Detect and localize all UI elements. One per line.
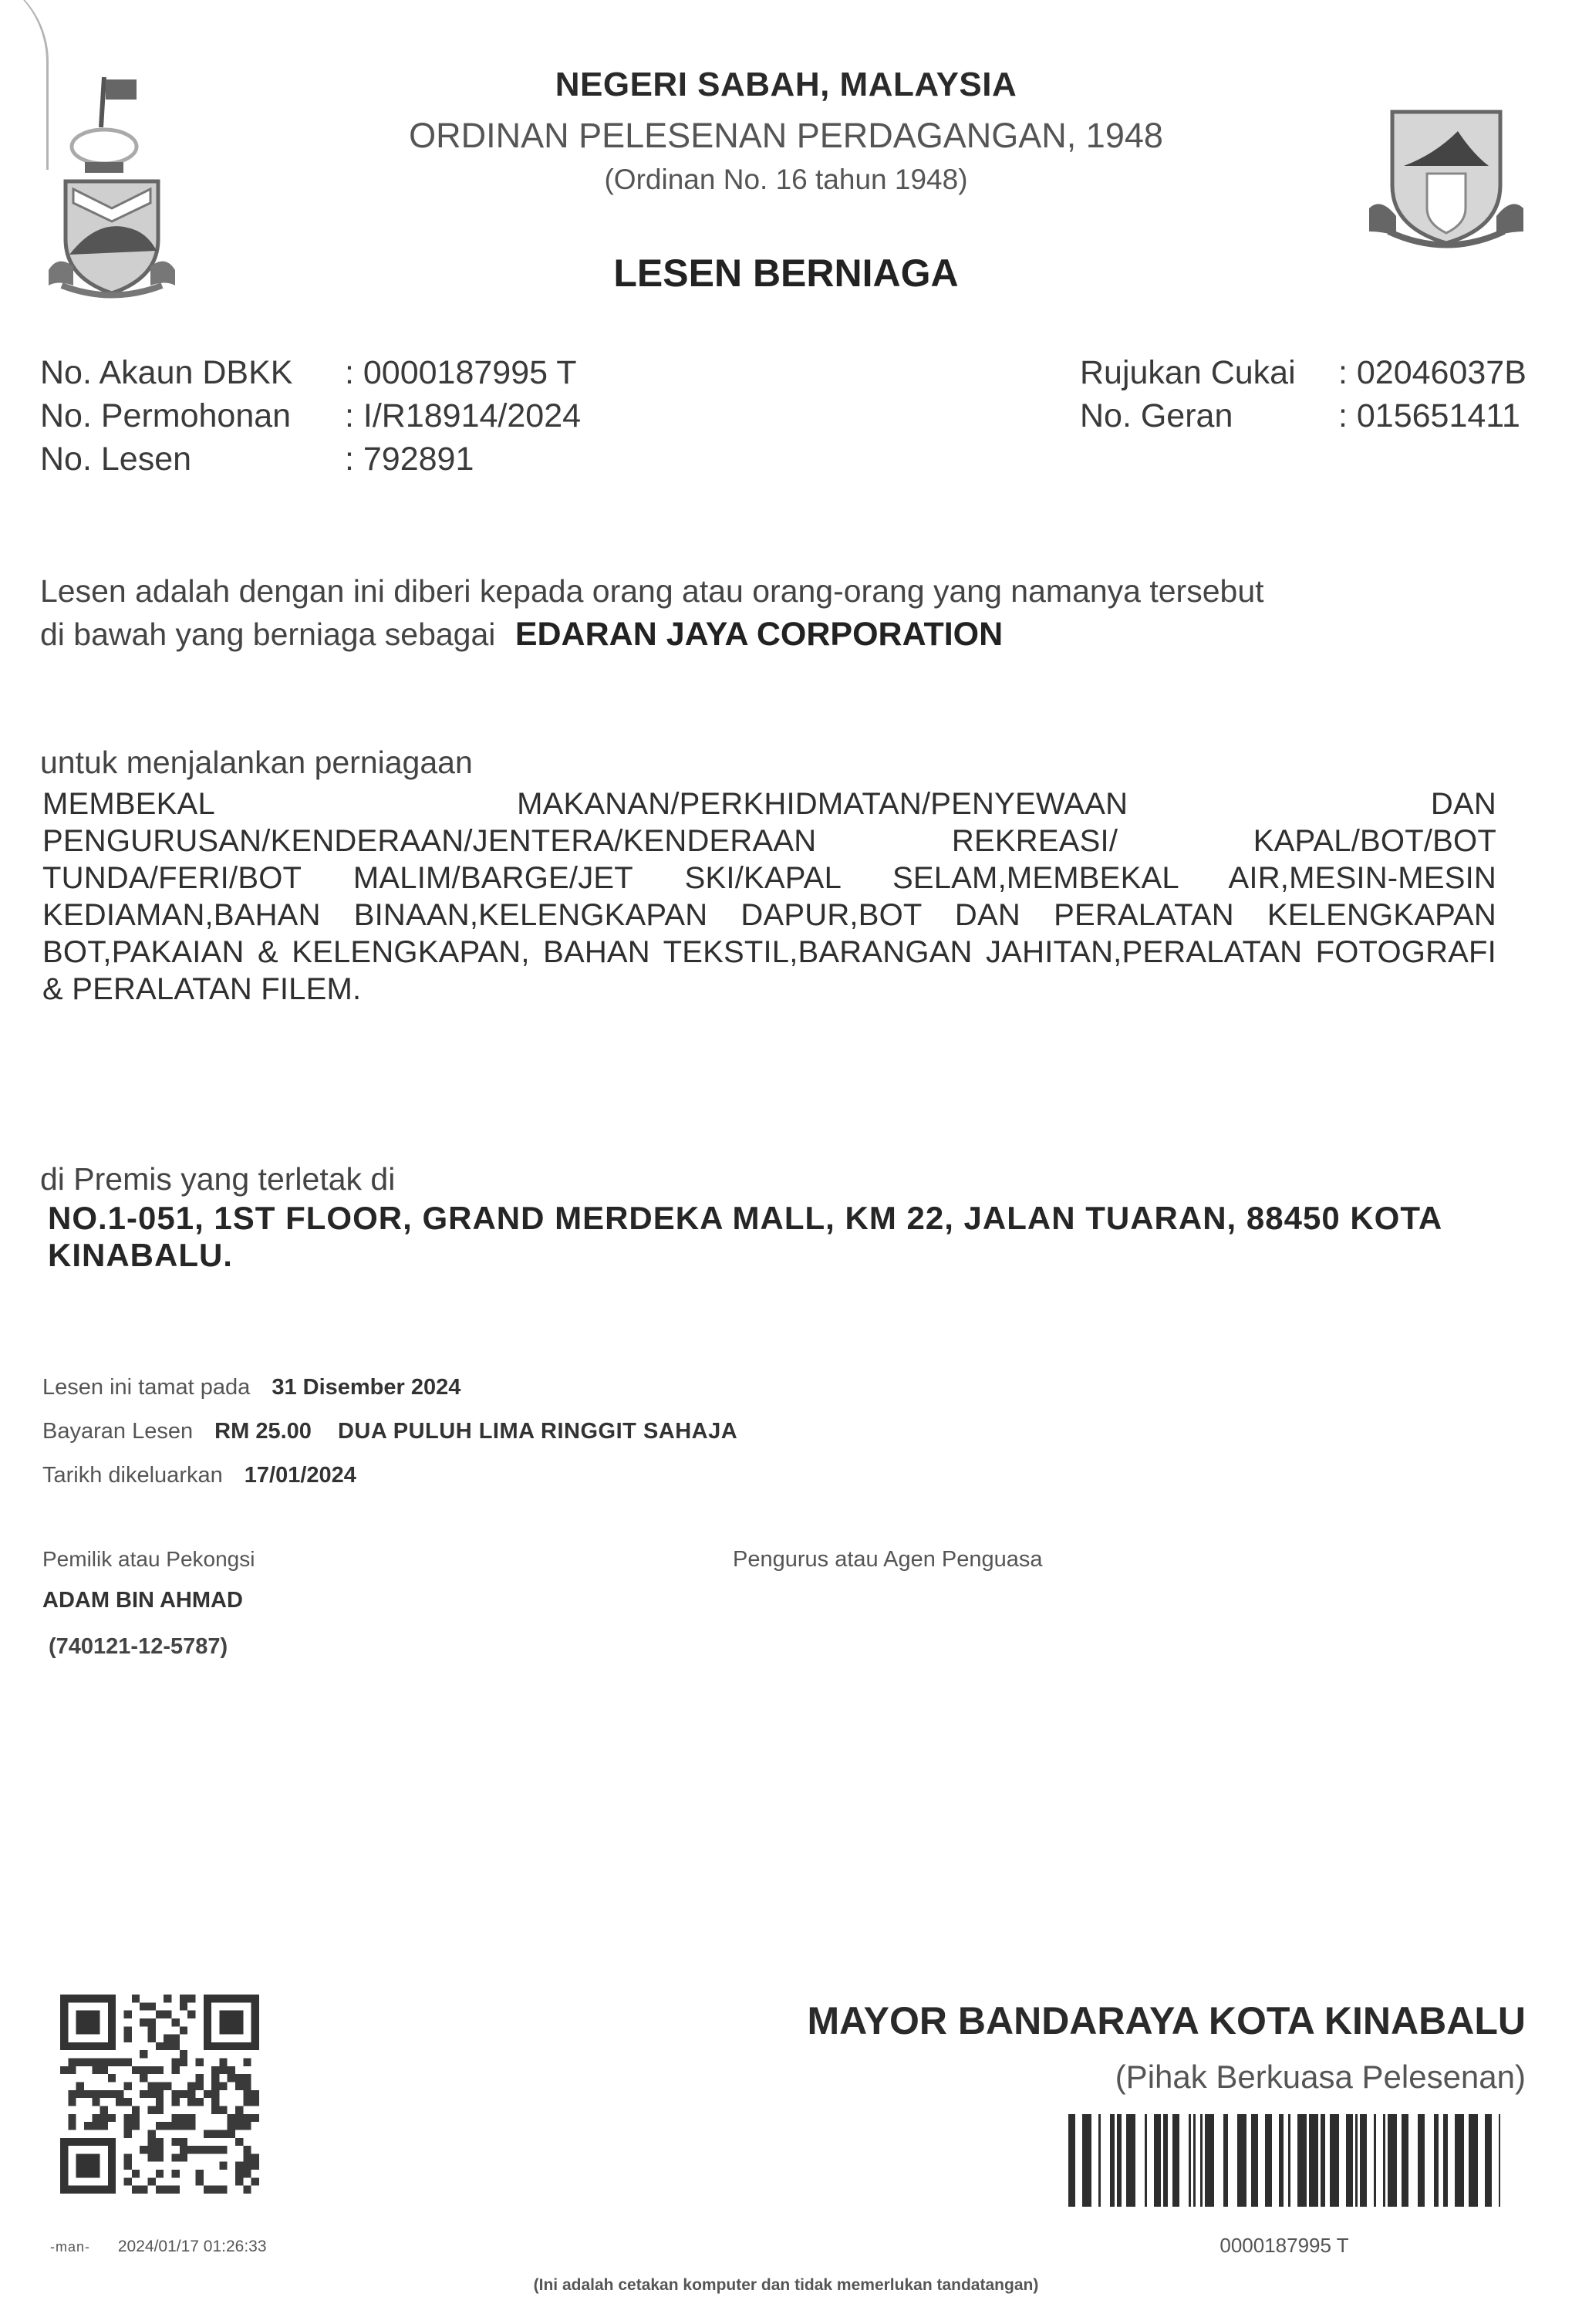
field-label: No. Geran (1080, 394, 1338, 437)
owner-ic-number: (740121-12-5787) (49, 1634, 228, 1660)
business-activities: MEMBEKAL MAKANAN/PERKHIDMATAN/PENYEWAAN … (42, 785, 1496, 1008)
field-application-no: No. Permohonan : I/R18914/2024 (40, 394, 581, 437)
owner-label: Pemilik atau Pekongsi (42, 1547, 255, 1572)
license-details: Lesen ini tamat pada 31 Disember 2024 Ba… (42, 1366, 737, 1498)
grant-line-2: di bawah yang berniaga sebagai (40, 616, 495, 652)
business-name: EDARAN JAYA CORPORATION (515, 616, 1003, 653)
owner-name: ADAM BIN AHMAD (42, 1588, 243, 1613)
expiry-date: 31 Disember 2024 (272, 1375, 460, 1400)
field-value: : 015651411 (1338, 394, 1520, 437)
field-value: : 0000187995 T (345, 351, 576, 394)
grant-line-1: Lesen adalah dengan ini diberi kepada or… (40, 569, 1506, 613)
business-intro: untuk menjalankan perniagaan (40, 741, 1506, 784)
fee-amount: RM 25.00 (214, 1419, 312, 1444)
premises-intro: di Premis yang terletak di (40, 1157, 1506, 1201)
ordinance-number: (Ordinan No. 16 tahun 1948) (0, 164, 1572, 196)
issued-date: 17/01/2024 (245, 1463, 356, 1488)
account-info-right: Rujukan Cukai : 02046037B No. Geran : 01… (1080, 351, 1526, 437)
field-value: : 792891 (345, 437, 474, 481)
fee-row: Bayaran Lesen RM 25.00 DUA PULUH LIMA RI… (42, 1410, 737, 1454)
document-title: LESEN BERNIAGA (0, 251, 1572, 296)
expiry-label: Lesen ini tamat pada (42, 1375, 250, 1400)
agent-label: Pengurus atau Agen Penguasa (733, 1547, 1043, 1572)
computer-print-note: (Ini adalah cetakan komputer dan tidak m… (0, 2276, 1572, 2295)
qr-code-icon (60, 1995, 259, 2194)
premises-address: NO.1-051, 1ST FLOOR, GRAND MERDEKA MALL,… (48, 1200, 1513, 1274)
field-label: No. Permohonan (40, 394, 345, 437)
barcode-number: 0000187995 T (1068, 2234, 1500, 2258)
issued-row: Tarikh dikeluarkan 17/01/2024 (42, 1454, 737, 1498)
state-heading: NEGERI SABAH, MALAYSIA (0, 66, 1572, 104)
ordinance-heading: ORDINAN PELESENAN PERDAGANGAN, 1948 (0, 116, 1572, 156)
fee-label: Bayaran Lesen (42, 1419, 193, 1444)
print-timestamp: 2024/01/17 01:26:33 (118, 2238, 267, 2255)
field-grant-no: No. Geran : 015651411 (1080, 394, 1526, 437)
field-account-no: No. Akaun DBKK : 0000187995 T (40, 351, 581, 394)
issued-label: Tarikh dikeluarkan (42, 1463, 223, 1488)
print-metadata: -man- 2024/01/17 01:26:33 (50, 2238, 267, 2256)
fee-words: DUA PULUH LIMA RINGGIT SAHAJA (338, 1419, 737, 1444)
expiry-row: Lesen ini tamat pada 31 Disember 2024 (42, 1366, 737, 1410)
print-mark: -man- (50, 2239, 90, 2255)
barcode-icon (1068, 2114, 1500, 2207)
field-value: : I/R18914/2024 (345, 394, 581, 437)
field-tax-reference: Rujukan Cukai : 02046037B (1080, 351, 1526, 394)
authority-subtitle: (Pihak Berkuasa Pelesenan) (1115, 2059, 1526, 2096)
field-value: : 02046037B (1338, 351, 1526, 394)
field-label: Rujukan Cukai (1080, 351, 1338, 394)
field-license-no: No. Lesen : 792891 (40, 437, 581, 481)
authority-title: MAYOR BANDARAYA KOTA KINABALU (807, 1998, 1526, 2043)
field-label: No. Akaun DBKK (40, 351, 345, 394)
account-info-left: No. Akaun DBKK : 0000187995 T No. Permoh… (40, 351, 581, 481)
field-label: No. Lesen (40, 437, 345, 481)
grant-statement: Lesen adalah dengan ini diberi kepada or… (40, 569, 1506, 656)
